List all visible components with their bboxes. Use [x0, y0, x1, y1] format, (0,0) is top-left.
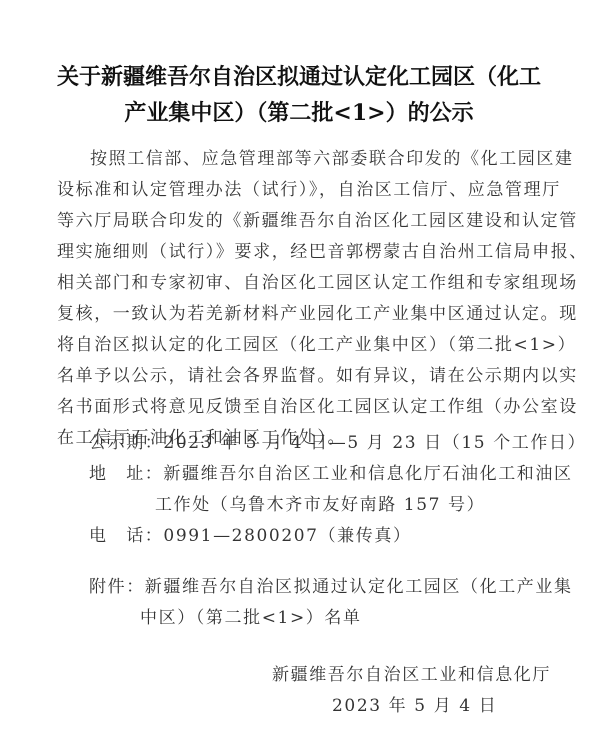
- address-line-1: 地 址：新疆维吾尔自治区工业和信息化厅石油化工和油区: [89, 463, 573, 485]
- address-line-2: 工作处（乌鲁木齐市友好南路 157 号）: [155, 494, 485, 516]
- body-line: 设标准和认定管理办法（试行）》，自治区工信厅、应急管理厅: [57, 179, 561, 201]
- body-line: 理实施细则（试行）》要求，经巴音郭楞蒙古自治州工信局申报、: [57, 241, 588, 263]
- document-title-line-2: 产业集中区）（第二批<1>）的公示: [0, 96, 598, 127]
- signature-date: 2023 年 5 月 4 日: [332, 691, 497, 716]
- document-title-line-1: 关于新疆维吾尔自治区拟通过认定化工园区（化工: [0, 60, 598, 91]
- body-line: 等六厅局联合印发的《新疆维吾尔自治区化工园区建设和认定管: [57, 210, 578, 232]
- body-line: 按照工信部、应急管理部等六部委联合印发的《化工园区建: [90, 148, 574, 170]
- body-line: 名书面形式将意见反馈至自治区化工园区认定工作组（办公室设: [57, 396, 578, 418]
- body-line: 复核，一致认为若羌新材料产业园化工产业集中区通过认定。现: [57, 303, 578, 325]
- attachment-line-2: 中区）（第二批<1>）名单: [140, 607, 362, 629]
- attachment-line-1: 附件：新疆维吾尔自治区拟通过认定化工园区（化工产业集: [89, 576, 573, 598]
- signature-organization: 新疆维吾尔自治区工业和信息化厅: [272, 660, 551, 685]
- phone: 电 话：0991—2800207（兼传真）: [89, 525, 412, 547]
- body-line: 将自治区拟认定的化工园区（化工产业集中区）（第二批<1>）: [57, 334, 576, 356]
- body-line: 名单予以公示，请社会各界监督。如有异议，请在公示期内以实: [57, 365, 578, 387]
- body-line: 相关部门和专家初审、自治区化工园区认定工作组和专家组现场: [57, 272, 578, 294]
- publicity-period: 公示期：2023 年 5 月 4 日—5 月 23 日（15 个工作日）: [89, 432, 586, 454]
